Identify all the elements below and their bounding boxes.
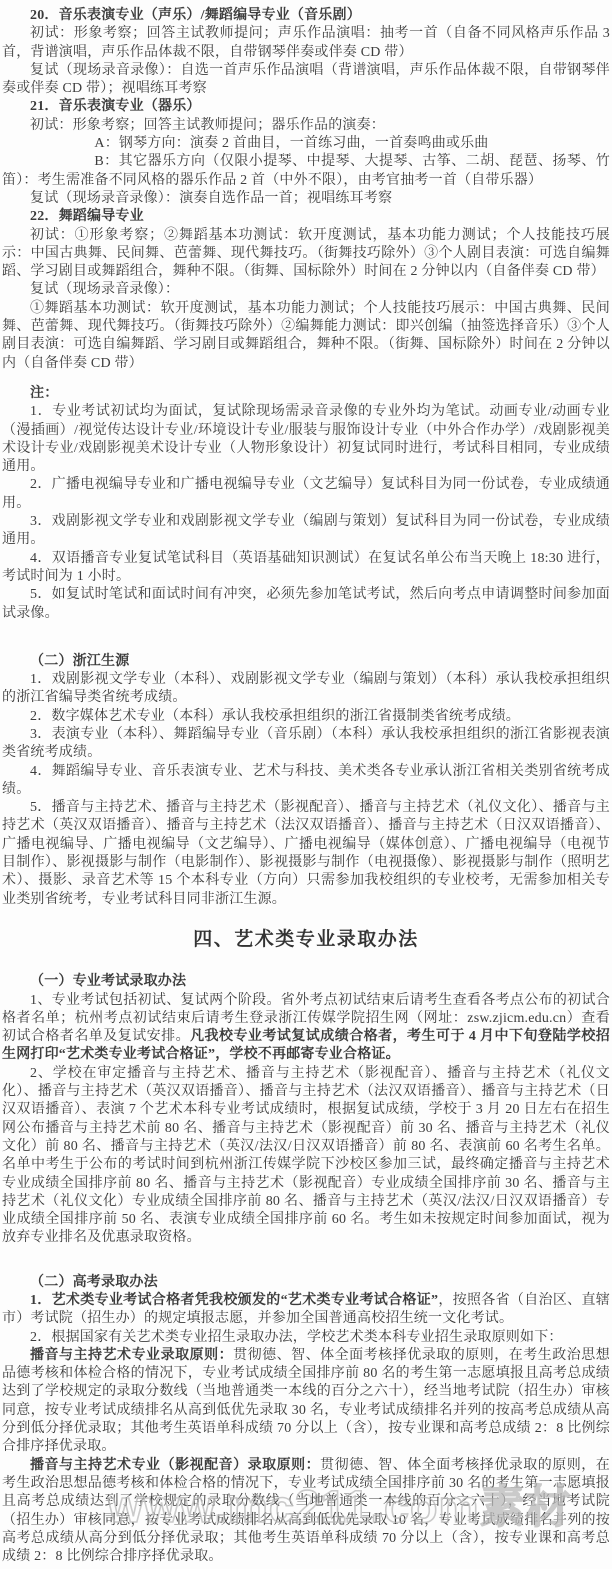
text-run: 1．戏剧影视文学专业（本科）、戏剧影视文学专业（编剧与策划）（本科）承认我校承担… (2, 672, 610, 705)
text-run: 1． (30, 1293, 52, 1308)
text-run: （二）浙江生源 (30, 654, 129, 669)
note-3: 3．戏剧影视文学专业和戏剧影视文学专业（编剧与策划）复试科目为同一份试卷，专业成… (2, 513, 610, 550)
zhejiang-item-5: 5．播音与主持艺术、播音与主持艺术（影视配音）、播音与主持艺术（礼仪文化）、播音… (2, 799, 610, 909)
document-body: 20．音乐表演专业（声乐）/舞蹈编导专业（音乐剧）初试：形象考察；回答主试教师提… (2, 7, 610, 1566)
text-run: 播音与主持艺术专业（影视配音）录取原则： (30, 1458, 320, 1473)
text-run: 4．舞蹈编导专业、音乐表演专业、艺术与科技、美术类各专业承认浙江省相关类别省统考… (2, 764, 610, 797)
text-run: 初试：形象考察；回答主试教师提问；器乐作品的演奏： (30, 118, 385, 133)
subsection-gaokao-admission-title: （二）高考录取办法 (2, 1274, 610, 1292)
admission-rule-dubbing: 播音与主持艺术专业（影视配音）录取原则：贯彻德、智、体全面考核择优录取的原则，在… (2, 1457, 610, 1567)
notes-title: 注： (2, 385, 610, 403)
text-run: 5．播音与主持艺术、播音与主持艺术（影视配音）、播音与主持艺术（礼仪文化）、播音… (2, 800, 610, 906)
text-run: 2．广播电视编导专业和广播电视编导专业（文艺编导）复试科目为同一份试卷，专业成绩… (2, 477, 610, 510)
note-4: 4．双语播音专业复试笔试科目（英语基础知识测试）在复试名单公布当天晚上 18:3… (2, 550, 610, 587)
text-run: 初试：①形象考察；②舞蹈基本功测试：软开度测试，基本功能力测试；个人技能技巧展示… (2, 228, 610, 280)
zhejiang-item-4: 4．舞蹈编导专业、音乐表演专业、艺术与科技、美术类各专业承认浙江省相关类别省统考… (2, 763, 610, 800)
document-page: 20．音乐表演专业（声乐）/舞蹈编导专业（音乐剧）初试：形象考察；回答主试教师提… (0, 0, 612, 1569)
text-run: 2．根据国家有关艺术类专业招生录取办法，学校艺术类本科专业招生录取原则如下： (30, 1330, 563, 1345)
admission-rule-hosting: 播音与主持艺术专业录取原则：贯彻德、智、体全面考核择优录取的原则，在考生政治思想… (2, 1347, 610, 1457)
text-run: 注： (30, 386, 58, 401)
chapter-title: 四、艺术类专业录取办法 (2, 931, 610, 949)
text-run: 4．双语播音专业复试笔试科目（英语基础知识测试）在复试名单公布当天晚上 18:3… (2, 551, 610, 584)
note-2: 2．广播电视编导专业和广播电视编导专业（文艺编导）复试科目为同一份试卷，专业成绩… (2, 476, 610, 513)
text-run: ①舞蹈基本功测试：软开度测试，基本功能力测试；个人技能技巧展示：中国古典舞、民间… (2, 301, 610, 371)
zhejiang-item-3: 3．表演专业（本科）、舞蹈编导专业（音乐剧）（本科）承认我校承担组织的浙江省影视… (2, 726, 610, 763)
text-run: 21．音乐表演专业（器乐） (30, 99, 201, 114)
text-run: 贯彻德、智、体全面考核择优录取的原则，在考生政治思想品德考核和体检合格的情况下，… (2, 1458, 610, 1564)
exam-admission-item-2: 2、学校在审定播音与主持艺术、播音与主持艺术（影视配音）、播音与主持艺术（礼仪文… (2, 1065, 610, 1248)
text-run: 艺术类专业考试合格者凭我校颁发的“艺术类专业考试合格证” (52, 1293, 439, 1308)
text-run: 22．舞蹈编导专业 (30, 209, 144, 224)
text-run: 复试（现场录音录像）：自选一首声乐作品演唱（背谱演唱，声乐作品体裁不限，自带钢琴… (2, 63, 610, 96)
subsection-exam-admission-title: （一）专业考试录取办法 (2, 973, 610, 991)
section-22-first-round: 初试：①形象考察；②舞蹈基本功测试：软开度测试，基本功能力测试；个人技能技巧展示… (2, 227, 610, 282)
section-21-first-round: 初试：形象考察；回答主试教师提问；器乐作品的演奏： (2, 117, 610, 135)
text-run: 初试：形象考察；回答主试教师提问；声乐作品演唱：抽考一首（自备不同风格声乐作品 … (2, 26, 610, 59)
text-run: 复试（现场录音录像）： (30, 282, 179, 297)
text-run: 复试（现场录音录像）：演奏自选作品一首；视唱练耳考察 (30, 191, 392, 206)
text-run: 2、学校在审定播音与主持艺术、播音与主持艺术（影视配音）、播音与主持艺术（礼仪文… (2, 1066, 610, 1246)
zhejiang-item-2: 2．数字媒体艺术专业（本科）承认我校承担组织的浙江省摄制类省统考成绩。 (2, 708, 610, 726)
text-run: 贯彻德、智、体全面考核择优录取的原则，在考生政治思想品德考核和体检合格的情况下，… (2, 1348, 610, 1454)
section-21-option-b: B：其它器乐方向（仅限小提琴、中提琴、大提琴、古筝、二胡、琵琶、扬琴、竹笛）：考… (2, 153, 610, 190)
section-22-second-round-label: 复试（现场录音录像）： (2, 281, 610, 299)
exam-admission-item-1: 1、专业考试包括初试、复试两个阶段。省外考点初试结束后请考生查看各考点公布的初试… (2, 992, 610, 1065)
text-run: 3．表演专业（本科）、舞蹈编导专业（音乐剧）（本科）承认我校承担组织的浙江省影视… (2, 727, 610, 760)
section-22-second-round-detail: ①舞蹈基本功测试：软开度测试，基本功能力测试；个人技能技巧展示：中国古典舞、民间… (2, 300, 610, 373)
section-21-option-a: A：钢琴方向：演奏 2 首曲目，一首练习曲，一首奏鸣曲或乐曲 (2, 135, 610, 153)
gaokao-item-2: 2．根据国家有关艺术类专业招生录取办法，学校艺术类本科专业招生录取原则如下： (2, 1329, 610, 1347)
section-21-title: 21．音乐表演专业（器乐） (2, 98, 610, 116)
section-20-second-round: 复试（现场录音录像）：自选一首声乐作品演唱（背谱演唱，声乐作品体裁不限，自带钢琴… (2, 62, 610, 99)
gaokao-item-1: 1．艺术类专业考试合格者凭我校颁发的“艺术类专业考试合格证”，按照各省（自治区、… (2, 1292, 610, 1329)
note-1: 1．专业考试初试均为面试，复试除现场需录音录像的专业外均为笔试。动画专业/动画专… (2, 403, 610, 476)
text-run: 5．如复试时笔试和面试时间有冲突，必须先参加笔试考试，然后向考点申请调整时间参加… (2, 587, 610, 620)
text-run: 四、艺术类专业录取办法 (193, 929, 419, 950)
section-20-first-round: 初试：形象考察；回答主试教师提问；声乐作品演唱：抽考一首（自备不同风格声乐作品 … (2, 25, 610, 62)
zhejiang-item-1: 1．戏剧影视文学专业（本科）、戏剧影视文学专业（编剧与策划）（本科）承认我校承担… (2, 671, 610, 708)
text-run: 3．戏剧影视文学专业和戏剧影视文学专业（编剧与策划）复试科目为同一份试卷，专业成… (2, 514, 610, 547)
text-run: 1．专业考试初试均为面试，复试除现场需录音录像的专业外均为笔试。动画专业/动画专… (2, 404, 610, 474)
text-run: 20．音乐表演专业（声乐）/舞蹈编导专业（音乐剧） (30, 8, 361, 23)
text-run: A：钢琴方向：演奏 2 首曲目，一首练习曲，一首奏鸣曲或乐曲 (94, 136, 488, 151)
text-run: （二）高考录取办法 (30, 1275, 158, 1290)
section-22-title: 22．舞蹈编导专业 (2, 208, 610, 226)
text-run: 播音与主持艺术专业录取原则： (30, 1348, 233, 1363)
note-5: 5．如复试时笔试和面试时间有冲突，必须先参加笔试考试，然后向考点申请调整时间参加… (2, 586, 610, 623)
text-run: （一）专业考试录取办法 (30, 974, 186, 989)
text-run: 2．数字媒体艺术专业（本科）承认我校承担组织的浙江省摄制类省统考成绩。 (30, 709, 520, 724)
section-21-second-round: 复试（现场录音录像）：演奏自选作品一首；视唱练耳考察 (2, 190, 610, 208)
text-run: B：其它器乐方向（仅限小提琴、中提琴、大提琴、古筝、二胡、琵琶、扬琴、竹笛）：考… (2, 154, 610, 187)
subsection-zhejiang-title: （二）浙江生源 (2, 653, 610, 671)
section-20-title: 20．音乐表演专业（声乐）/舞蹈编导专业（音乐剧） (2, 7, 610, 25)
